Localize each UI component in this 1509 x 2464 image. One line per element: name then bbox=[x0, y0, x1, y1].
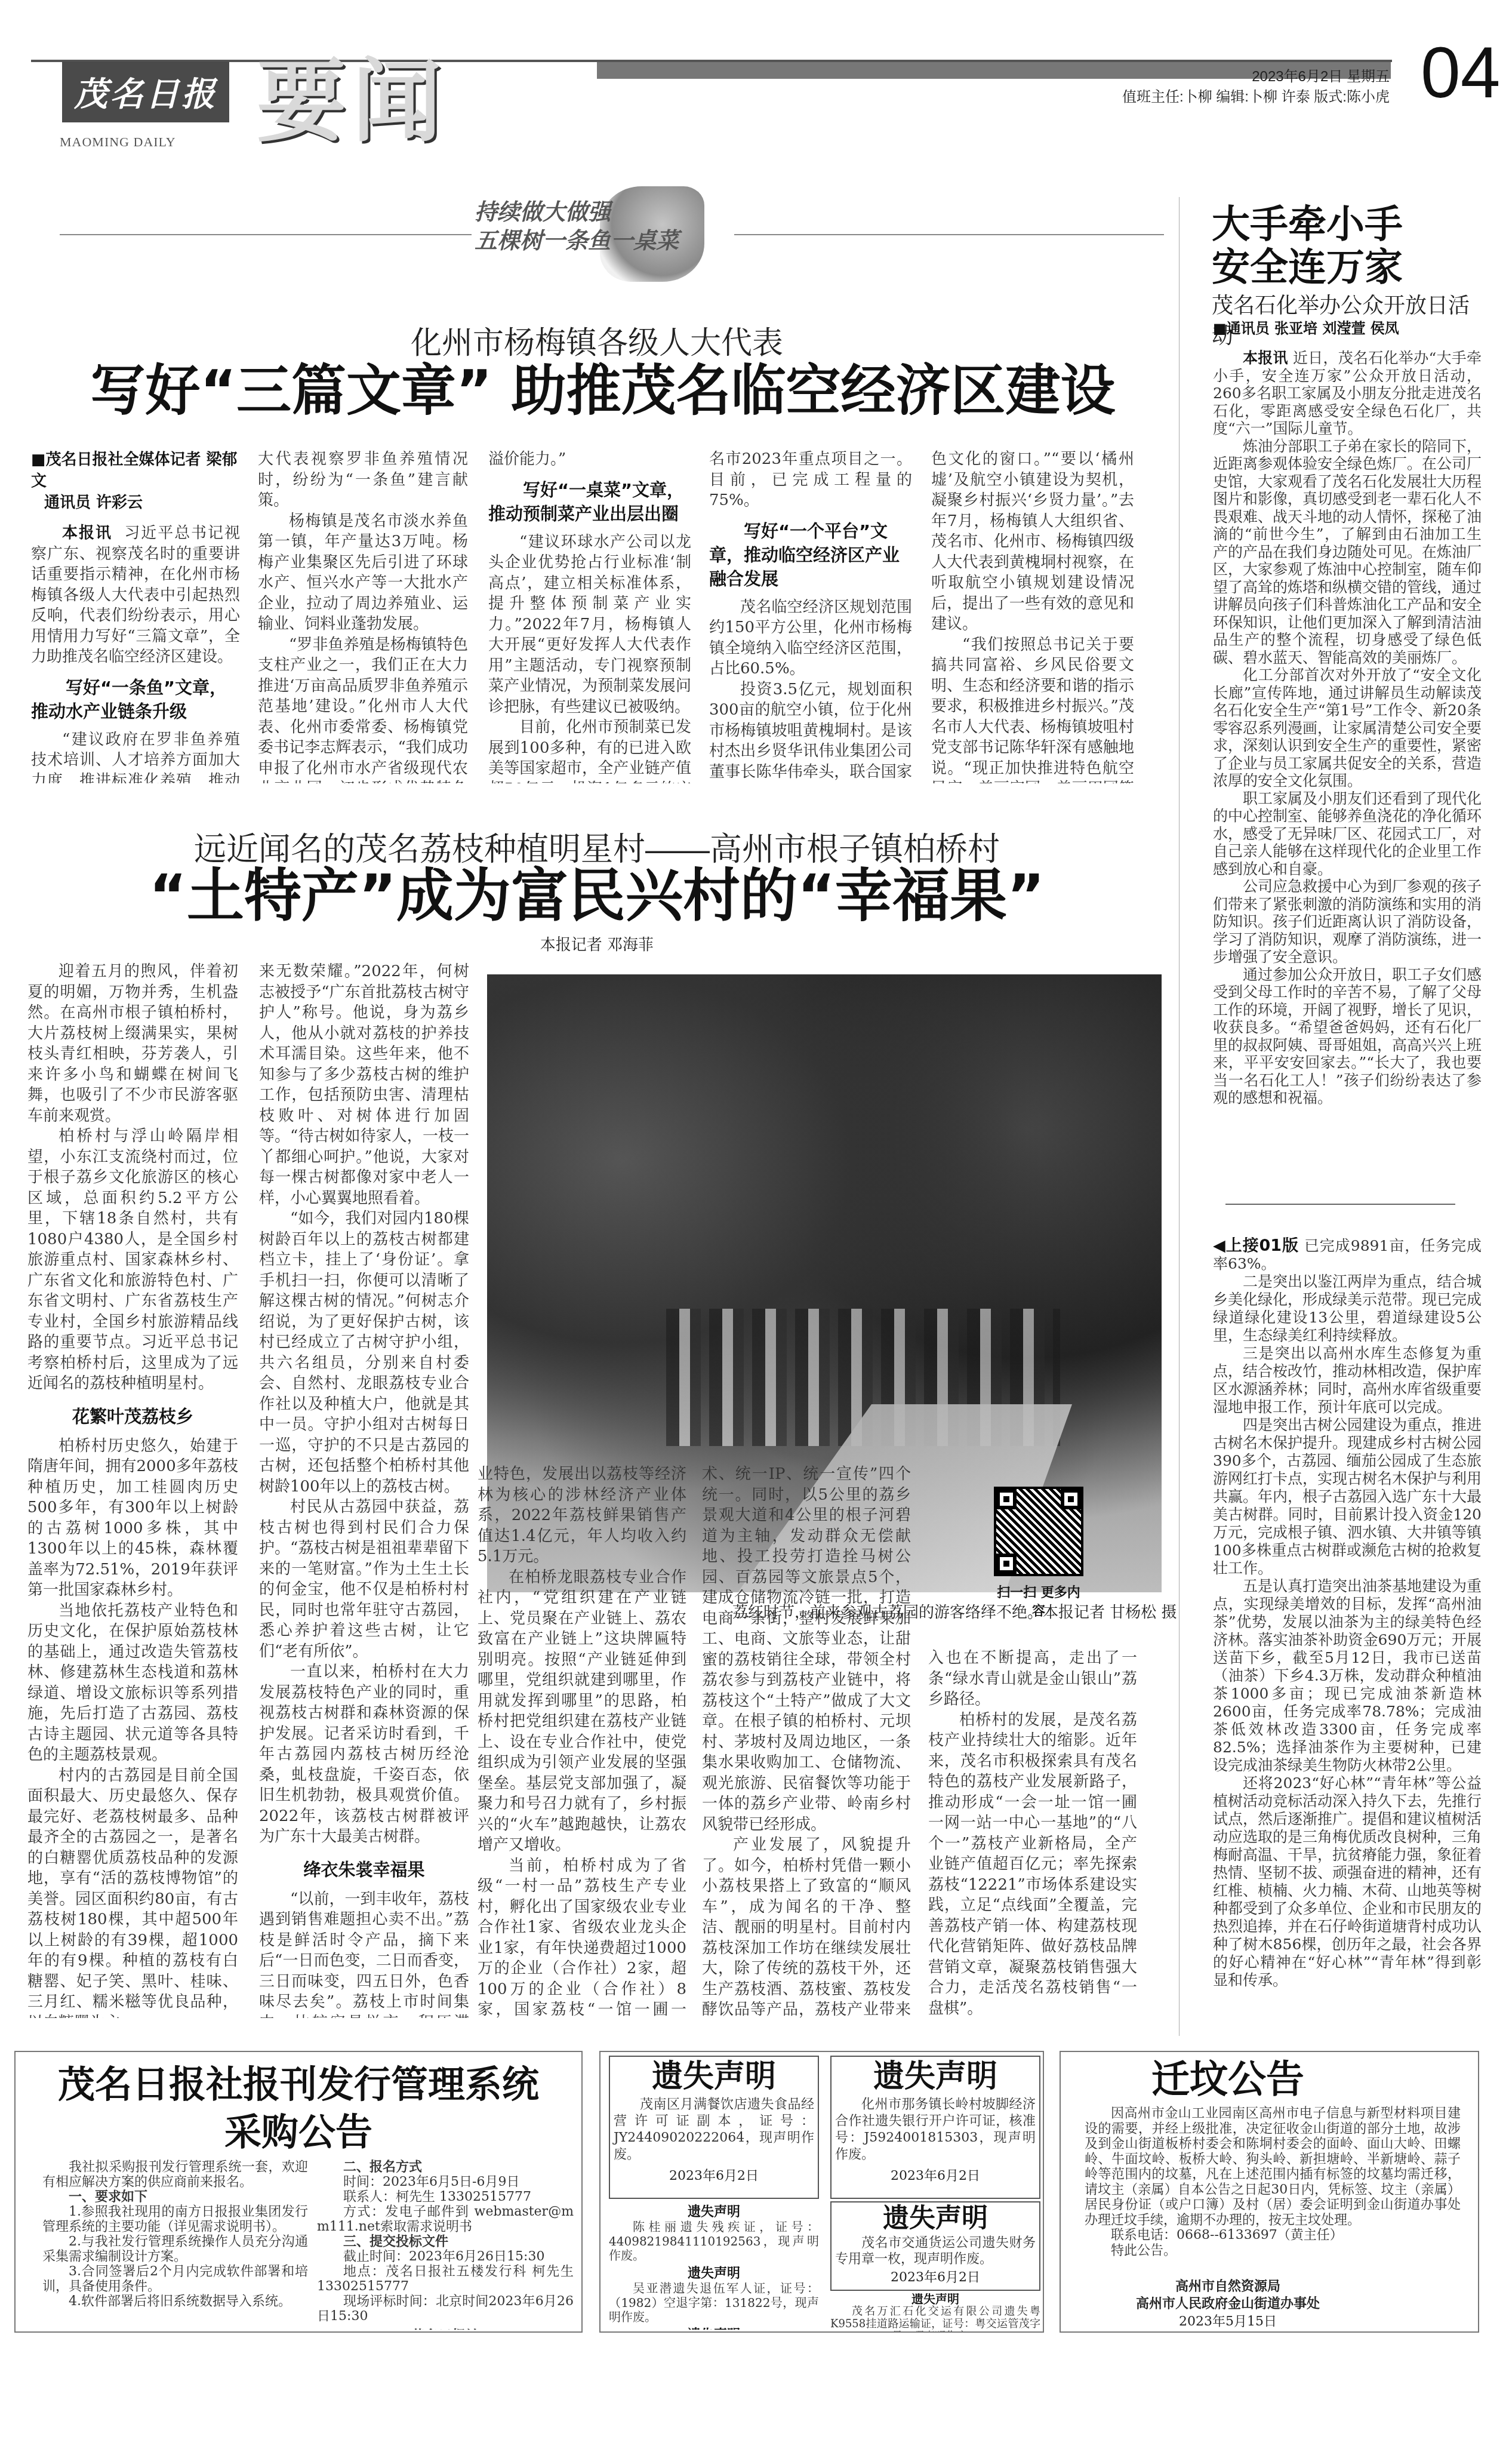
article3-lead-label: 本报讯 bbox=[1243, 349, 1288, 367]
article2-paragraph: 当前，柏桥村成为了省级“一村一品”荔枝生产专业村，孵化出了国家级农业专业合作社1… bbox=[478, 1856, 686, 2020]
article2-paragraph: 柏桥村的发展，是茂名荔枝产业持续壮大的缩影。近年来，茂名市积极探索具有茂名特色的… bbox=[928, 1710, 1137, 2019]
article2-paragraph: 村民从古荔园中获益，荔枝古树也得到村民们合力保护。“荔枝古树是祖祖辈辈留下来的一… bbox=[259, 1497, 469, 1662]
procurement-title-1: 茂名日报社报刊发行管理系统 bbox=[16, 2064, 581, 2106]
article3-byline: ■通讯员 张亚培 刘滢萱 侯凤 bbox=[1213, 318, 1482, 339]
article2-paragraph: 业特色，发展出以荔枝等经济林为核心的涉林经济产业体系，2022年荔枝鲜果销售产值… bbox=[478, 1464, 686, 1567]
procurement-item: 1.参照我社现用的南方日报报业集团发行管理系统的主要功能（详见需求说明书）。 bbox=[42, 2204, 308, 2234]
article1-column-5: 色文化的窗口。”“要以‘橘州墟’及航空小镇建设为契机，凝聚乡村振兴‘乡贤力量’。… bbox=[931, 449, 1134, 783]
lost-notice-body: 陈桂丽遗失残疾证，证号：44098219841110192563，现声明作废。 bbox=[609, 2220, 819, 2263]
lost-notice-boxed: 遗失声明 化州市那务镇长岭村坡脚经济合作社遗失银行开户许可证，核准号：J5924… bbox=[830, 2056, 1040, 2199]
article1-paragraph: 杨梅镇是茂名市淡水养鱼第一镇，年产量达3万吨。杨梅产业集聚区先后引进了环球水产、… bbox=[258, 511, 468, 635]
article2-paragraph: 村内的古荔园是目前全国面积最大、历史最悠久、保存最完好、老荔枝树最多、品种最齐全… bbox=[27, 1765, 238, 2019]
article3-headline-1: 大手牵小手 bbox=[1212, 203, 1451, 246]
article1-paragraph: 目前，化州市预制菜已发展到100多种，有的已进入欧美等国家超市，全产业链产值超5… bbox=[488, 717, 691, 783]
article2-paragraph: 柏桥村与浮山岭隔岸相望，小东江支流绕村而过，位于根子荔乡文化旅游区的核心区域，总… bbox=[27, 1126, 238, 1394]
article1-headline: 写好“三篇文章” 助推茂名临空经济区建设 bbox=[24, 358, 1182, 424]
section-title: 要闻 bbox=[257, 57, 448, 147]
staff-credits: 值班主任:卜柳 编辑:卜柳 许泰 版式:陈小虎 bbox=[1122, 85, 1390, 106]
lost-notice-title: 遗失声明 bbox=[609, 2201, 819, 2220]
issue-date: 2023年6月2日 星期五 bbox=[1252, 64, 1390, 85]
lost-notices-group: 遗失声明 茂南区月满餐饮店遗失食品经营许可证副本，证号：JY2440902022… bbox=[599, 2051, 1044, 2333]
lost-notice-title: 遗失声明 bbox=[609, 2324, 819, 2330]
lost-notice-title: 遗失声明 bbox=[832, 2202, 1039, 2235]
relocation-signer-2: 高州市人民政府金山街道办事处 bbox=[1061, 2293, 1395, 2312]
lost-notice-body: 化州市那务镇长岭村坡脚经济合作社遗失银行开户许可证，核准号：J592400181… bbox=[832, 2096, 1039, 2163]
article2-paragraph: 柏桥村历史悠久，始建于隋唐年间，拥有2000多年荔枝种植历史，加工桂圆肉历史50… bbox=[27, 1436, 238, 1601]
article3-paragraph: 通过参加公众开放日，职工子女们感受到父母工作时的辛苦不易，了解了父母工作的环境，… bbox=[1213, 966, 1482, 1107]
lost-notice-body: 茂南区月满餐饮店遗失食品经营许可证副本，证号：JY24409020222064，… bbox=[610, 2096, 818, 2163]
article2-paragraph: 入也在不断提高，走出了一条“绿水青山就是金山银山”荔乡路径。 bbox=[928, 1648, 1137, 1710]
lost-notice-boxed: 遗失声明 茂名市交通货运公司遗失财务专用章一枚，现声明作废。 2023年6月2日 bbox=[830, 2201, 1040, 2291]
article2-paragraph: 来无数荣耀。”2022年，何树志被授予“广东首批荔枝古树守护人”称号。他说，身为… bbox=[259, 961, 469, 1208]
grave-relocation-notice: 迁坟公告 因高州市金山工业园南区高州市电子信息与新型材料项目建设的需要，并经上级… bbox=[1060, 2051, 1479, 2333]
procurement-item: 4.软件部署后将旧系统数据导入系统。 bbox=[42, 2294, 308, 2309]
article1-paragraph: 茂名临空经济区规划范围约150平方公里，化州市杨梅镇全境纳入临空经济区范围，占比… bbox=[709, 597, 912, 679]
article1-paragraph: 色文化的窗口。”“要以‘橘州墟’及航空小镇建设为契机，凝聚乡村振兴‘乡贤力量’。… bbox=[931, 449, 1134, 635]
article1-paragraph: “我们按照总书记关于要搞共同富裕、乡风民俗要文明、生态和经济要和谐的指示要求，积… bbox=[931, 635, 1134, 784]
continued-paragraph: 二是突出以鉴江两岸为重点，结合城乡美化绿化，形成绿美示范带。现已完成绿道绿化建设… bbox=[1213, 1273, 1482, 1345]
article1-paragraph: “建议环球水产公司以龙头企业优势抢占行业标准‘制高点’，建立相关标准体系，提升整… bbox=[488, 532, 691, 718]
procurement-left-column: 我社拟采购报刊发行管理系统一套，欢迎有相应解决方案的供应商前来报名。 一、要求如… bbox=[42, 2160, 308, 2330]
procurement-item: 2.与我社发行管理系统操作人员充分沟通采集需求编制设计方案。 bbox=[42, 2234, 308, 2264]
procurement-contact: 联系人：柯先生 13302515777 bbox=[317, 2189, 574, 2204]
qr-finder-icon bbox=[1061, 1489, 1081, 1509]
article3-paragraph: 化工分部首次对外开放了“安全文化长廊”宣传阵地，通过讲解员生动解读茂名石化安全生… bbox=[1213, 666, 1482, 790]
article3-body: 本报讯 近日，茂名石化举办“大手牵小手，安全连万家”公众开放日活动，260多名职… bbox=[1213, 349, 1482, 1161]
procurement-section-3-title: 三、提交投标文件 bbox=[317, 2234, 574, 2249]
procurement-title-2: 采购公告 bbox=[16, 2112, 581, 2154]
relocation-contact: 联系电话：0668--6133697（黄主任） bbox=[1085, 2228, 1461, 2243]
article1-paragraph: 投资3.5亿元，规划面积300亩的航空小镇，位于化州市杨梅镇坡咀黄槐垌村。是该村… bbox=[709, 679, 912, 784]
lost-notices-small-left: 遗失声明 陈桂丽遗失残疾证，证号：44098219841110192563，现声… bbox=[609, 2201, 819, 2330]
relocation-body: 因高州市金山工业园南区高州市电子信息与新型材料项目建设的需要，并经上级批准，决定… bbox=[1085, 2106, 1461, 2228]
qr-finder-icon bbox=[996, 1489, 1017, 1509]
article2-paragraph: 一直以来，柏桥村在大力发展荔枝特色产业的同时，重视荔枝古树群和森林资源的保护发展… bbox=[259, 1662, 469, 1847]
article3-paragraph: 职工家属及小朋友们还看到了现代化的中心控制室、能够养鱼浇花的净化循环水，感受了无… bbox=[1213, 790, 1482, 878]
procurement-evaluation-time: 现场评标时间：北京时间2023年6月26日15:30 bbox=[317, 2294, 574, 2324]
qr-finder-icon bbox=[996, 1554, 1017, 1574]
article1-subhead-2: 写好“一桌菜”文章，推动预制菜产业出层出圈 bbox=[488, 478, 691, 526]
article2-column-2: 来无数荣耀。”2022年，何树志被授予“广东首批荔枝古树守护人”称号。他说，身为… bbox=[259, 961, 469, 2018]
page-number: 04 bbox=[1421, 37, 1500, 109]
article1-lead-label: 本报讯 bbox=[62, 524, 112, 542]
relocation-title: 迁坟公告 bbox=[1061, 2058, 1395, 2101]
procurement-location: 地点：茂名日报社五楼发行科 柯先生 13302515777 bbox=[317, 2264, 574, 2294]
newspaper-logo: 茂名日报 bbox=[62, 61, 229, 122]
continued-paragraph: 三是突出以高州水库生态修复为重点，结合桉改竹，推动林相改造，保护库区水源涵养林；… bbox=[1213, 1345, 1482, 1416]
article2-subhead-2: 绛衣朱裳幸福果 bbox=[259, 1858, 469, 1882]
article1-paragraph: 习近平总书记视察广东、视察茂名时的重要讲话重要指示精神，在化州市杨梅镇各级人大代… bbox=[31, 524, 240, 666]
continued-article-body: ◀上接01版 已完成9891亩，任务完成率63%。 二是突出以鉴江两岸为重点，结… bbox=[1213, 1237, 1482, 2025]
article1-column-4: 名市2023年重点项目之一。目前，已完成工程量的75%。 写好“一个平台”文章，… bbox=[709, 449, 912, 783]
procurement-section-1-title: 一、要求如下 bbox=[42, 2189, 308, 2204]
continued-from-page-label[interactable]: ◀上接01版 bbox=[1213, 1237, 1299, 1255]
lost-notices-small-right: 遗失声明 茂名万汇石化交运有限公司遗失粤K9558挂道路运输证，证号：粤交运管茂… bbox=[830, 2293, 1040, 2331]
article1-paragraph: 名市2023年重点项目之一。目前，已完成工程量的75%。 bbox=[709, 449, 912, 511]
procurement-notice: 茂名日报社报刊发行管理系统 采购公告 我社拟采购报刊发行管理系统一套，欢迎有相应… bbox=[14, 2051, 583, 2333]
column-divider bbox=[1179, 197, 1180, 2036]
lost-notice-boxed: 遗失声明 茂南区月满餐饮店遗失食品经营许可证副本，证号：JY2440902022… bbox=[609, 2056, 819, 2199]
article2-byline: 本报记者 邓海菲 bbox=[478, 933, 716, 955]
article2-column-3: 业特色，发展出以荔枝等经济林为核心的涉林经济产业体系，2022年荔枝鲜果销售产值… bbox=[478, 1464, 686, 2019]
article3-paragraph: 炼油分部职工子弟在家长的陪同下，近距离参观体验安全绿色炼厂。在公司厂史馆，大家观… bbox=[1213, 438, 1482, 667]
lost-notice-title: 遗失声明 bbox=[610, 2057, 818, 2096]
article1-paragraph: “建议政府在罗非鱼养殖技术培训、人才培养方面加大力度，推进标准化养殖，推动绿色水… bbox=[31, 730, 240, 784]
article1-subhead-3: 写好“一个平台”文章，推动临空经济区产业融合发展 bbox=[709, 519, 912, 591]
article2-paragraph: 当地依托荔枝产业特色和历史文化，在保护原始荔枝林的基础上，通过改造失管荔枝林、修… bbox=[27, 1601, 238, 1765]
article1-column-3: 溢价能力。” 写好“一桌菜”文章，推动预制菜产业出层出圈 “建议环球水产公司以龙… bbox=[488, 449, 691, 783]
relocation-closing: 特此公告。 bbox=[1085, 2243, 1461, 2259]
section-divider bbox=[1225, 1204, 1455, 1205]
procurement-section-2-title: 二、报名方式 bbox=[317, 2160, 574, 2174]
banner-line-2: 五棵树一条鱼一桌菜 bbox=[475, 222, 679, 255]
article2-column-1: 迎着五月的煦风，伴着初夏的明媚，万物并秀，生机盎然。在高州市根子镇柏桥村，大片荔… bbox=[27, 961, 238, 2018]
procurement-item: 3.合同签署后2个月内完成软件部署和培训，具备使用条件。 bbox=[42, 2264, 308, 2294]
article1-byline-1: ■茂名日报社全媒体记者 梁郁文 bbox=[31, 449, 240, 492]
article2-paragraph: 术、统一IP、统一宣传”四个统一。同时，以5公里的荔乡景观大道和4公里的根子河碧… bbox=[702, 1464, 911, 1835]
lost-notice-date: 2023年6月2日 bbox=[832, 2267, 1039, 2285]
article1-column-1: ■茂名日报社全媒体记者 梁郁文 通讯员 许彩云 本报讯 习近平总书记视察广东、视… bbox=[31, 449, 240, 783]
article2-paragraph: 迎着五月的煦风，伴着初夏的明媚，万物并秀，生机盎然。在高州市根子镇柏桥村，大片荔… bbox=[27, 961, 238, 1126]
procurement-registration-time: 时间：2023年6月5日-6月9日 bbox=[317, 2174, 574, 2189]
article1-paragraph: 大代表视察罗非鱼养殖情况时，纷纷为“一条鱼”建言献策。 bbox=[258, 449, 468, 511]
series-banner: 持续做大做强 五棵树一条鱼一桌菜 bbox=[475, 186, 731, 282]
continued-paragraph: 还将2023“好心林”“青年林”等公益植树活动竞标活动深入持久下去，先推行试点，… bbox=[1213, 1774, 1482, 1989]
relocation-signer-1: 高州市自然资源局 bbox=[1061, 2276, 1395, 2294]
qr-code-block[interactable]: 扫一扫 更多内容 bbox=[994, 1487, 1092, 1612]
lost-notice-title: 遗失声明 bbox=[609, 2263, 819, 2281]
article2-column-4: 术、统一IP、统一宣传”四个统一。同时，以5公里的荔乡景观大道和4公里的根子河碧… bbox=[702, 1464, 911, 2019]
banner-rule-left bbox=[60, 234, 472, 235]
lost-notice-body: 茂名万汇石化交运有限公司遗失粤K9558挂道路运输证，证号：粤交运管茂字0026… bbox=[830, 2305, 1040, 2331]
procurement-intro: 我社拟采购报刊发行管理系统一套，欢迎有相应解决方案的供应商前来报名。 bbox=[42, 2160, 308, 2189]
banner-rule-right bbox=[734, 234, 1164, 235]
article3-paragraph: 公司应急救援中心为到厂参观的孩子们带来了紧张刺激的消防演练和实用的消防知识。孩子… bbox=[1213, 878, 1482, 966]
article2-column-5: 入也在不断提高，走出了一条“绿水青山就是金山银山”荔乡路径。 柏桥村的发展，是茂… bbox=[928, 1648, 1137, 2018]
relocation-body-area: 因高州市金山工业园南区高州市电子信息与新型材料项目建设的需要，并经上级批准，决定… bbox=[1085, 2106, 1461, 2261]
banner-line-1: 持续做大做强 bbox=[475, 193, 611, 226]
article1-byline-2: 通讯员 许彩云 bbox=[31, 492, 240, 513]
article1-subhead-1: 写好“一条鱼”文章，推动水产业链条升级 bbox=[31, 676, 240, 724]
lost-notice-date: 2023年6月2日 bbox=[832, 2165, 1039, 2184]
qr-label: 扫一扫 更多内容 bbox=[994, 1582, 1083, 1619]
procurement-deadline: 截止时间：2023年6月26日15:30 bbox=[317, 2249, 574, 2264]
article1-paragraph: “罗非鱼养殖是杨梅镇特色支柱产业之一，我们正在大力推进‘万亩高品质罗非鱼养殖示范… bbox=[258, 635, 468, 784]
procurement-signer: 茂名日报社 bbox=[317, 2325, 574, 2330]
article2-paragraph: 产业发展了，风貌提升了。如今，柏桥村凭借一颗小小荔枝果搭上了致富的“顺风车”，成… bbox=[702, 1835, 911, 2019]
article2-paragraph: “如今，我们对园内180棵树龄百年以上的荔枝古树都建档立卡，挂上了‘身份证’。拿… bbox=[259, 1208, 469, 1497]
lost-notice-body: 吴亚潜遗失退伍军人证，证号：（1982）空退字第：131822号，现声明作废。 bbox=[609, 2281, 819, 2324]
article2-subhead-1: 花繁叶茂荔枝乡 bbox=[27, 1405, 238, 1429]
lost-notice-title: 遗失声明 bbox=[832, 2057, 1039, 2096]
continued-paragraph: 四是突出古树公园建设为重点，推进古树名木保护提升。现建成乡村古树公园390多个，… bbox=[1213, 1416, 1482, 1577]
article1-paragraph: 溢价能力。” bbox=[488, 449, 691, 470]
article2-paragraph: “以前，一到丰收年，荔枝遇到销售难题担心卖不出。”荔枝是鲜活时令产品，摘下来后“… bbox=[259, 1889, 469, 2019]
article3-headline-2: 安全连万家 bbox=[1212, 246, 1451, 289]
lost-notice-title: 遗失声明 bbox=[830, 2293, 1040, 2305]
article1-column-2: 大代表视察罗非鱼养殖情况时，纷纷为“一条鱼”建言献策。 杨梅镇是茂名市淡水养鱼第… bbox=[258, 449, 468, 783]
relocation-date: 2023年5月15日 bbox=[1061, 2311, 1395, 2330]
article2-headline: “土特产”成为富民兴村的“幸福果” bbox=[119, 860, 1074, 931]
article1-kicker: 化州市杨梅镇各级人大代表 bbox=[179, 318, 1015, 362]
qr-code[interactable] bbox=[994, 1487, 1083, 1576]
continued-paragraph: 五是认真打造突出油茶基地建设为重点，实现绿美增效的目标，发挥“高州油茶”优势，发… bbox=[1213, 1577, 1482, 1774]
procurement-right-column: 二、报名方式 时间：2023年6月5日-6月9日 联系人：柯先生 1330251… bbox=[317, 2160, 574, 2330]
procurement-email-method[interactable]: 方式：发电子邮件到 webmaster@mm111.net索取需求说明书 bbox=[317, 2204, 574, 2234]
article2-paragraph: 在柏桥龙眼荔枝专业合作社内，“党组织建在产业链上、党员聚在产业链上、荔农致富在产… bbox=[478, 1567, 686, 1856]
newspaper-logo-english: MAOMING DAILY bbox=[60, 134, 176, 150]
lost-notice-body: 茂名市交通货运公司遗失财务专用章一枚，现声明作废。 bbox=[832, 2235, 1039, 2267]
lost-notice-date: 2023年6月2日 bbox=[610, 2165, 818, 2184]
